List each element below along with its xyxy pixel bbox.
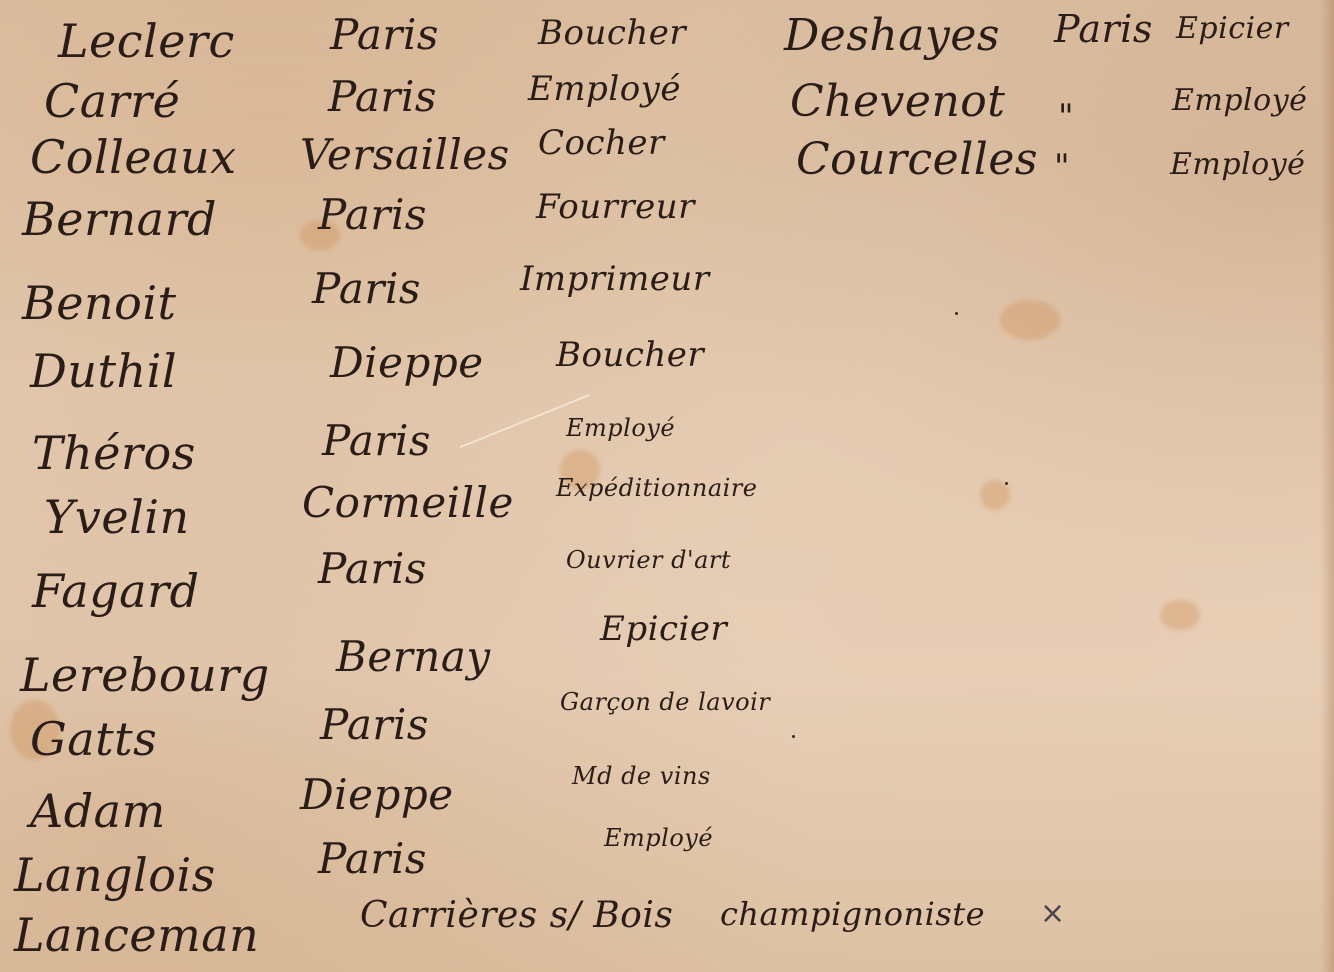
- entry-name: Fagard: [32, 568, 200, 614]
- entry-occupation: Garçon de lavoir: [560, 690, 770, 714]
- entry-name: Carré: [44, 78, 180, 124]
- entry-name: Yvelin: [44, 494, 190, 540]
- entry-occupation: champignoniste: [720, 898, 985, 930]
- entry-town: Paris: [312, 268, 421, 310]
- entry-name: Bernard: [22, 196, 217, 242]
- entry-name: Colleaux: [30, 134, 237, 180]
- entry-name: Leclerc: [58, 18, 235, 64]
- entry-occupation: Epicier: [600, 612, 727, 646]
- entry-town: Bernay: [336, 636, 491, 678]
- entry-town: Paris: [318, 838, 427, 880]
- entry-town-ditto: ": [1054, 150, 1070, 184]
- entry-occupation: Expéditionnaire: [556, 476, 758, 500]
- entry-occupation: Ouvrier d'art: [566, 548, 731, 572]
- stain: [1000, 300, 1060, 340]
- entry-occupation: Employé: [1170, 150, 1305, 180]
- entry-town: Cormeille: [302, 482, 514, 524]
- entry-town: Paris: [322, 420, 431, 462]
- entry-occupation: Epicier: [1176, 14, 1289, 44]
- entry-town: Paris: [320, 704, 429, 746]
- entry-name: Benoit: [22, 280, 177, 326]
- entry-occupation: Boucher: [538, 16, 686, 50]
- ink-speck: [1005, 482, 1008, 485]
- entry-town: Dieppe: [300, 774, 454, 816]
- entry-town: Paris: [318, 548, 427, 590]
- entry-name: Adam: [30, 788, 166, 834]
- entry-name: Langlois: [14, 852, 216, 898]
- ink-speck: [955, 312, 958, 315]
- entry-occupation: Employé: [1172, 86, 1307, 116]
- entry-occupation: Imprimeur: [520, 262, 710, 296]
- entry-name: Gatts: [30, 716, 157, 762]
- entry-occupation: Employé: [566, 416, 675, 440]
- paper-edge-shadow: [1320, 0, 1334, 972]
- entry-name: Deshayes: [784, 14, 1000, 58]
- entry-town-ditto: ": [1058, 100, 1074, 134]
- entry-occupation: Fourreur: [536, 190, 695, 224]
- entry-name: Chevenot: [790, 80, 1005, 124]
- entry-town: Paris: [328, 76, 437, 118]
- ink-speck: [792, 735, 795, 738]
- stain: [1160, 600, 1200, 630]
- cross-mark-icon: ×: [1040, 896, 1065, 931]
- entry-occupation: Cocher: [538, 126, 665, 160]
- entry-town: Paris: [330, 14, 439, 56]
- entry-occupation: Boucher: [556, 338, 704, 372]
- entry-town: Versailles: [300, 134, 510, 176]
- entry-occupation: Employé: [604, 826, 713, 850]
- entry-town: Dieppe: [330, 342, 484, 384]
- entry-name: Duthil: [30, 348, 177, 394]
- entry-town: Carrières s/ Bois: [360, 898, 673, 934]
- entry-occupation: Employé: [528, 72, 681, 106]
- entry-town: Paris: [318, 194, 427, 236]
- entry-name: Courcelles: [796, 138, 1038, 182]
- entry-town: Paris: [1054, 10, 1153, 48]
- entry-name: Théros: [32, 430, 196, 476]
- entry-name: Lerebourg: [20, 652, 270, 698]
- entry-occupation: Md de vins: [572, 764, 711, 788]
- entry-name: Lanceman: [14, 912, 259, 958]
